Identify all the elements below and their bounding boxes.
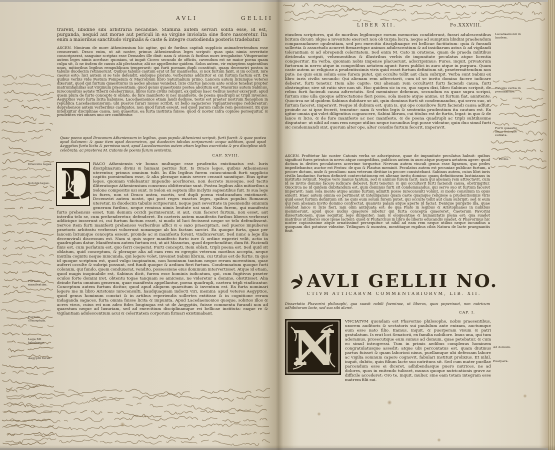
running-header-book: LIBER XII. <box>357 23 436 33</box>
chapter-text: RACO Atheniensis vir bonus multaque esse… <box>57 162 268 384</box>
right-page: LIBER XII. Fo.XXXVIII. eiusdem scriptore… <box>277 2 550 448</box>
bottom-shadow <box>0 445 555 450</box>
foxing-spot <box>120 422 125 427</box>
handwritten-marginalia-right <box>489 76 547 172</box>
book-title-text: AVLI GELLII NO. <box>307 271 498 292</box>
commentary-block: ASCEN. Profitetur hic noster Catonis ver… <box>285 154 490 266</box>
left-page: AVLI GELLII trarent, libidine sibi arbit… <box>0 2 277 448</box>
foxing-spot <box>523 394 527 398</box>
margin-note: Lacedaemonii in laudem. <box>495 33 521 47</box>
book-title: AVLI GELLII NO. <box>287 271 501 292</box>
handwritten-marginalia-top <box>281 2 545 24</box>
foxing-spot <box>387 400 392 405</box>
fleuron-icon <box>290 273 304 290</box>
closing-paragraph: trarent, libidine sibi arbitraria necand… <box>57 28 267 44</box>
drop-cap-spacer <box>285 319 345 378</box>
foxing-spot <box>437 438 441 442</box>
foxing-spot <box>317 412 321 416</box>
fore-edge <box>548 0 555 450</box>
handwritten-marginalia-bottom <box>2 386 270 446</box>
book-scan: AVLI GELLII trarent, libidine sibi arbit… <box>0 0 555 450</box>
chapter-text: VNCIATVM quondam est Phavorino philosoph… <box>285 319 491 388</box>
margin-note: Puerpera. <box>493 360 521 367</box>
body-text: eiusdem scriptores, qui de moribus legib… <box>285 33 491 152</box>
folio-number: Fo.XXXVIII. <box>450 23 514 33</box>
foxing-spot <box>230 62 234 66</box>
running-header-word1: AVLI <box>176 15 198 22</box>
chapter-label: CAP. I. <box>459 310 491 319</box>
chapter-label: CAP. XVIII. <box>212 153 267 162</box>
running-header-left: AVLI <box>176 15 219 28</box>
commentary-block: ASCEN. Nimirum de more Atheniensium hic … <box>57 46 268 134</box>
drop-cap-spacer <box>57 162 93 208</box>
running-header-word2: GELLII <box>241 15 273 22</box>
book-subtitle: CTIVM ATTICARVM COMMENTARIORVM, LIB. XII… <box>291 292 497 299</box>
margin-note: Ad domum. <box>493 346 521 353</box>
